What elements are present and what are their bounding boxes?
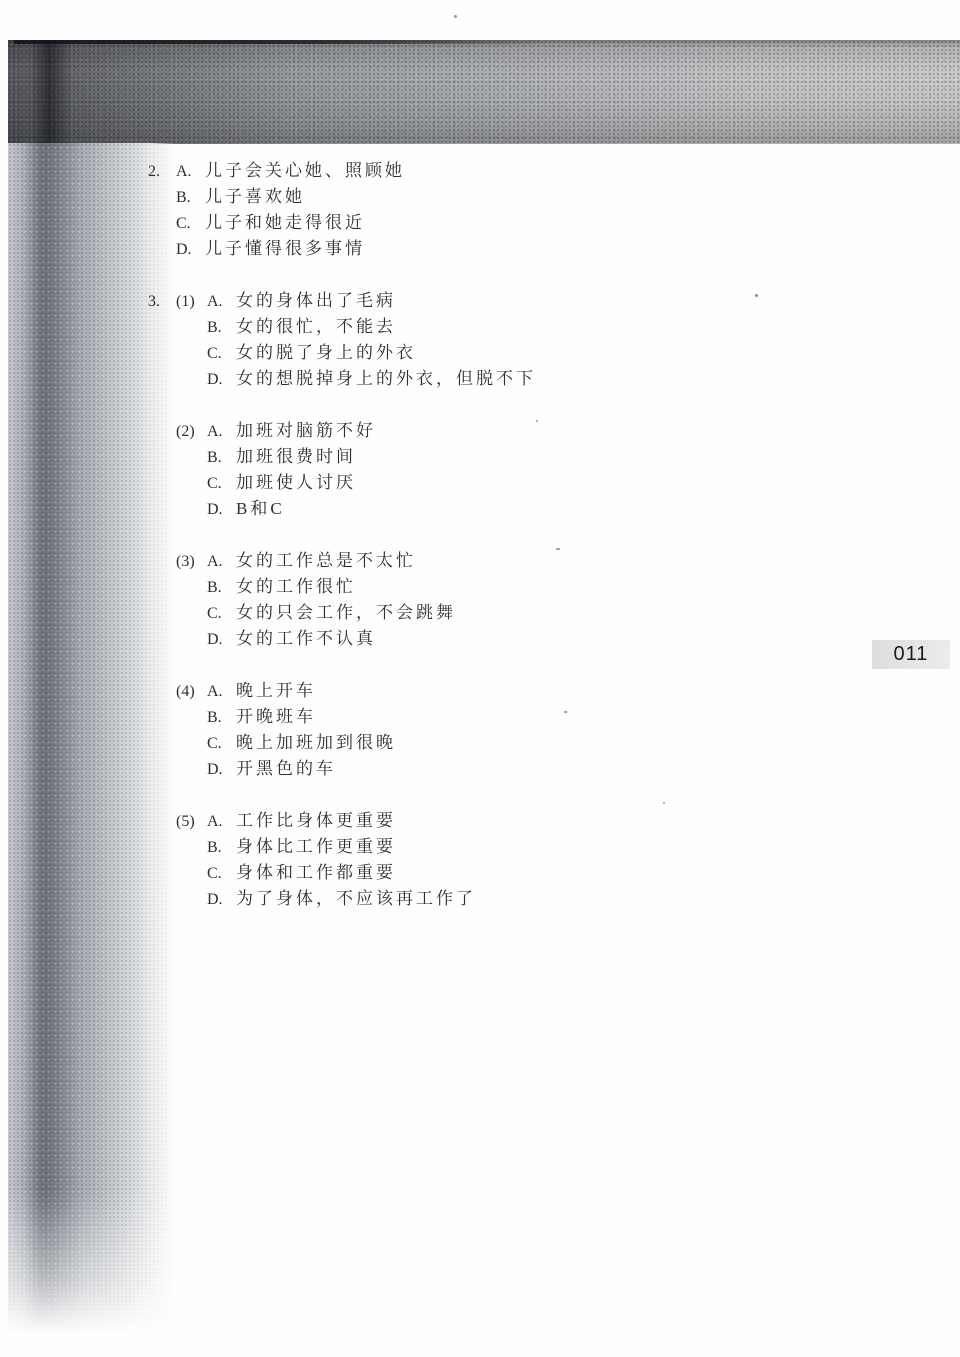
option-row: (3) A. 女的工作总是不太忙 <box>148 548 456 574</box>
option-text: 儿子和她走得很近 <box>205 210 365 236</box>
option-row: B. 儿子喜欢她 <box>148 184 405 210</box>
scan-speck <box>755 294 758 297</box>
question-3-sub-1: 3. (1) A. 女的身体出了毛病 B. 女的很忙，不能去 C. 女的脱了身上… <box>148 288 536 392</box>
scan-speck <box>556 548 560 550</box>
option-row: 3. (1) A. 女的身体出了毛病 <box>148 288 536 314</box>
option-row: B. 女的工作很忙 <box>148 574 456 600</box>
option-text: 加班使人讨厌 <box>236 470 356 496</box>
scanned-page: 011 2. A. 儿子会关心她、照顾她 B. 儿子喜欢她 C. 儿子和她走得很… <box>0 0 960 1357</box>
option-row: C. 加班使人讨厌 <box>148 470 376 496</box>
option-row: D. 为了身体，不应该再工作了 <box>148 886 476 912</box>
option-letter: C. <box>207 731 236 757</box>
option-letter: D. <box>207 367 236 393</box>
option-row: D. B和C <box>148 496 376 522</box>
question-3-sub-5: (5) A. 工作比身体更重要 B. 身体比工作更重要 C. 身体和工作都重要 … <box>148 808 476 912</box>
scan-speck <box>663 802 665 804</box>
option-text: 女的只会工作，不会跳舞 <box>236 600 456 626</box>
option-row: B. 女的很忙，不能去 <box>148 314 536 340</box>
scan-speck <box>536 420 538 422</box>
option-letter: D. <box>207 757 236 783</box>
option-row: D. 女的想脱掉身上的外衣，但脱不下 <box>148 366 536 392</box>
option-text: 开晚班车 <box>236 704 316 730</box>
option-text: 女的工作很忙 <box>236 574 356 600</box>
option-text: 晚上开车 <box>236 678 316 704</box>
option-row: C. 身体和工作都重要 <box>148 860 476 886</box>
option-row: C. 女的脱了身上的外衣 <box>148 340 536 366</box>
option-letter: A. <box>207 809 236 835</box>
question-number: 3. <box>148 289 176 315</box>
page-number-tab: 011 <box>872 640 950 669</box>
option-letter: B. <box>207 835 236 861</box>
option-row: (4) A. 晚上开车 <box>148 678 396 704</box>
sub-question-label: (2) <box>176 419 207 445</box>
option-letter: C. <box>207 471 236 497</box>
sub-question-label: (3) <box>176 549 207 575</box>
scan-speck <box>564 711 567 713</box>
option-letter: C. <box>176 211 205 237</box>
option-letter: D. <box>207 887 236 913</box>
option-text: B和C <box>236 496 285 522</box>
option-letter: A. <box>207 419 236 445</box>
option-letter: C. <box>207 861 236 887</box>
option-text: 女的身体出了毛病 <box>236 288 396 314</box>
option-letter: A. <box>207 289 236 315</box>
option-text: 为了身体，不应该再工作了 <box>236 886 476 912</box>
option-letter: C. <box>207 341 236 367</box>
scan-artifact-binding-streak <box>30 40 72 144</box>
option-text: 儿子喜欢她 <box>205 184 305 210</box>
sub-question-label: (1) <box>176 289 207 315</box>
option-text: 女的很忙，不能去 <box>236 314 396 340</box>
option-text: 开黑色的车 <box>236 756 336 782</box>
option-row: (5) A. 工作比身体更重要 <box>148 808 476 834</box>
option-row: D. 开黑色的车 <box>148 756 396 782</box>
sub-question-label: (5) <box>176 809 207 835</box>
option-text: 工作比身体更重要 <box>236 808 396 834</box>
scan-speck <box>454 15 457 18</box>
page-number: 011 <box>894 643 929 666</box>
option-letter: A. <box>207 549 236 575</box>
option-text: 身体比工作更重要 <box>236 834 396 860</box>
option-letter: D. <box>207 497 236 523</box>
option-row: C. 儿子和她走得很近 <box>148 210 405 236</box>
option-row: D. 儿子懂得很多事情 <box>148 236 405 262</box>
option-text: 女的脱了身上的外衣 <box>236 340 416 366</box>
option-letter: D. <box>207 627 236 653</box>
option-text: 儿子会关心她、照顾她 <box>205 158 405 184</box>
scan-artifact-top-band <box>8 40 960 144</box>
option-letter: B. <box>207 315 236 341</box>
option-text: 加班对脑筋不好 <box>236 418 376 444</box>
option-text: 晚上加班加到很晚 <box>236 730 396 756</box>
option-row: D. 女的工作不认真 <box>148 626 456 652</box>
question-3-sub-4: (4) A. 晚上开车 B. 开晚班车 C. 晚上加班加到很晚 D. 开黑色的车 <box>148 678 396 782</box>
option-text: 儿子懂得很多事情 <box>205 236 365 262</box>
option-row: (2) A. 加班对脑筋不好 <box>148 418 376 444</box>
option-row: B. 开晚班车 <box>148 704 396 730</box>
option-letter: A. <box>176 159 205 185</box>
option-letter: B. <box>176 185 205 211</box>
option-row: C. 女的只会工作，不会跳舞 <box>148 600 456 626</box>
option-text: 身体和工作都重要 <box>236 860 396 886</box>
question-number: 2. <box>148 159 176 185</box>
option-row: C. 晚上加班加到很晚 <box>148 730 396 756</box>
question-3-sub-2: (2) A. 加班对脑筋不好 B. 加班很费时间 C. 加班使人讨厌 D. B和… <box>148 418 376 522</box>
sub-question-label: (4) <box>176 679 207 705</box>
option-letter: C. <box>207 601 236 627</box>
option-letter: D. <box>176 237 205 263</box>
option-letter: B. <box>207 575 236 601</box>
question-2: 2. A. 儿子会关心她、照顾她 B. 儿子喜欢她 C. 儿子和她走得很近 D.… <box>148 158 405 262</box>
option-letter: B. <box>207 705 236 731</box>
option-letter: B. <box>207 445 236 471</box>
option-text: 女的工作不认真 <box>236 626 376 652</box>
option-text: 女的工作总是不太忙 <box>236 548 416 574</box>
option-text: 加班很费时间 <box>236 444 356 470</box>
option-letter: A. <box>207 679 236 705</box>
option-row: B. 加班很费时间 <box>148 444 376 470</box>
option-row: 2. A. 儿子会关心她、照顾她 <box>148 158 405 184</box>
option-text: 女的想脱掉身上的外衣，但脱不下 <box>236 366 536 392</box>
question-3-sub-3: (3) A. 女的工作总是不太忙 B. 女的工作很忙 C. 女的只会工作，不会跳… <box>148 548 456 652</box>
option-row: B. 身体比工作更重要 <box>148 834 476 860</box>
